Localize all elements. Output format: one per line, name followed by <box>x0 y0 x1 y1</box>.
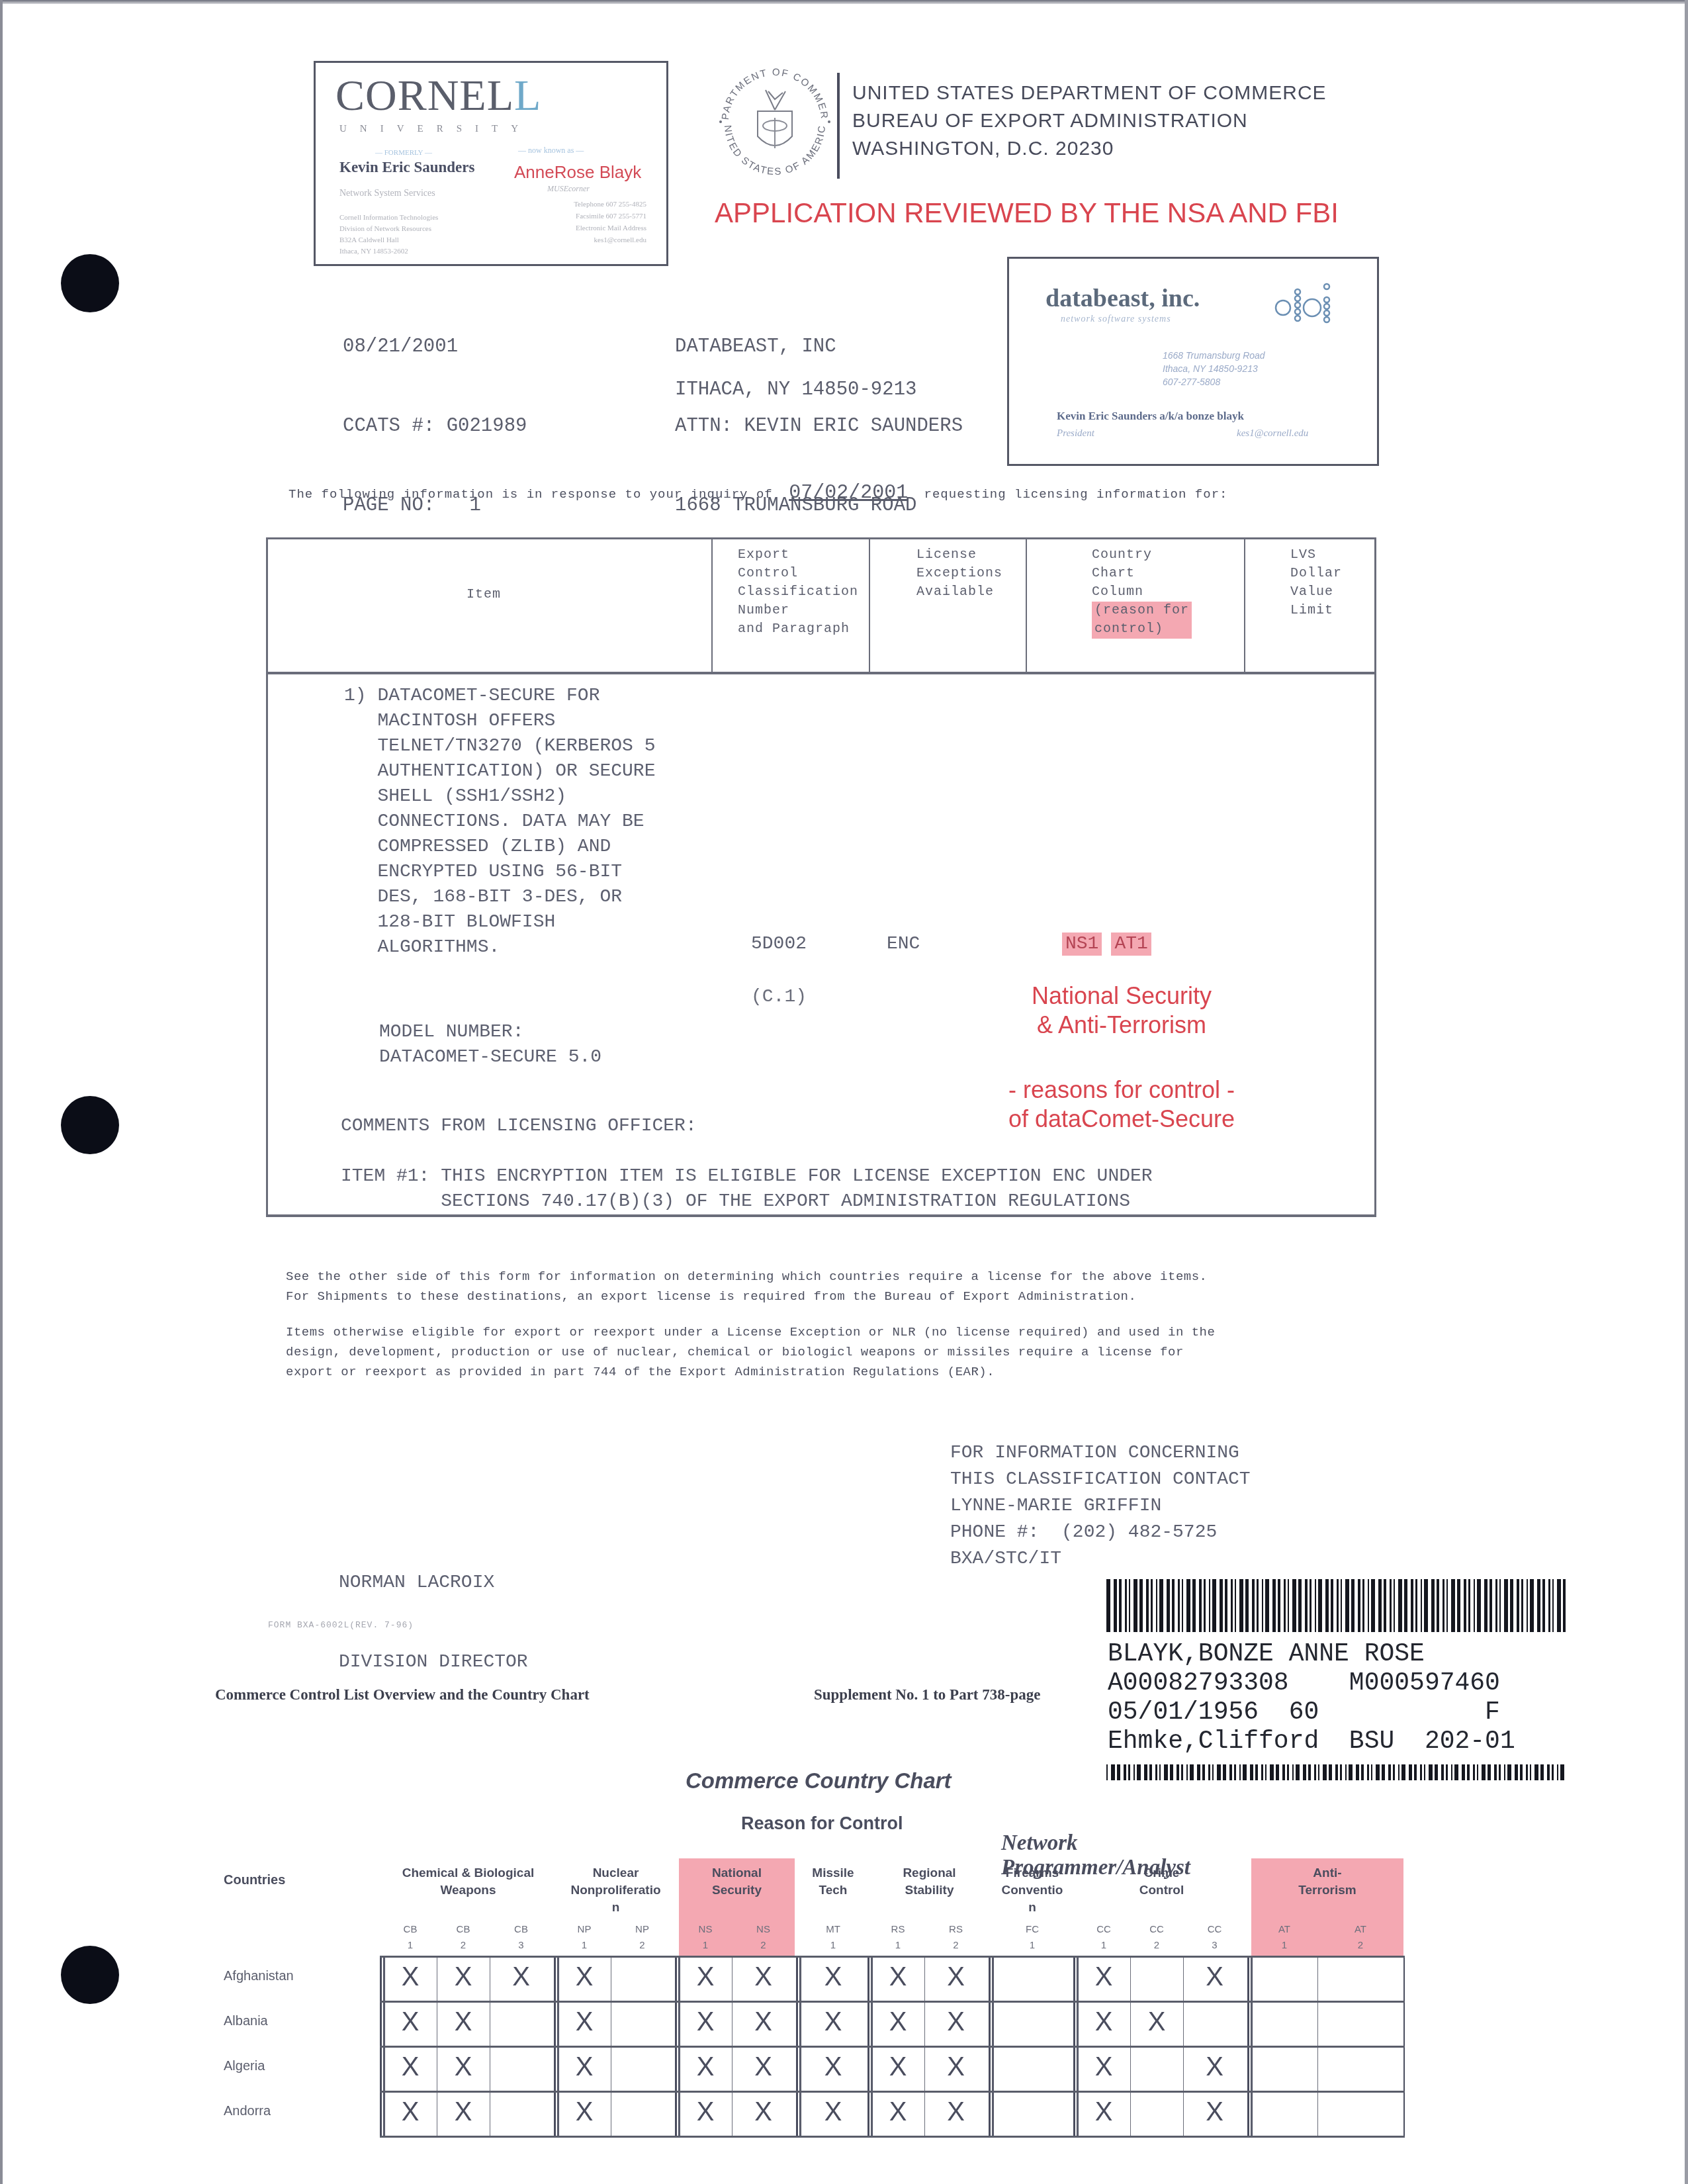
control-mark: X <box>800 2097 866 2127</box>
control-mark: X <box>1077 2007 1130 2037</box>
country-chart-grid: Chemical & Biological WeaponsCB 1CB 2CB … <box>0 0 1688 2184</box>
reason-column-header: NS 2 <box>732 1922 795 1954</box>
control-mark: X <box>558 2097 611 2127</box>
control-mark: X <box>490 1962 553 1992</box>
control-mark: X <box>384 1962 437 1992</box>
reason-column-header: CC 2 <box>1130 1922 1183 1954</box>
control-mark: X <box>732 1962 795 1992</box>
control-mark: X <box>732 2052 795 2082</box>
control-mark: X <box>437 2007 490 2037</box>
reason-column-header: CB 1 <box>384 1922 437 1954</box>
control-mark: X <box>558 2007 611 2037</box>
control-mark: X <box>384 2052 437 2082</box>
control-mark: X <box>384 2097 437 2127</box>
control-mark: X <box>924 2097 987 2127</box>
control-mark: X <box>679 2052 732 2082</box>
control-mark: X <box>1077 2097 1130 2127</box>
reason-column-header: NS 1 <box>679 1922 732 1954</box>
reason-column-header: RS 1 <box>871 1922 924 1954</box>
control-mark: X <box>800 1962 866 1992</box>
control-mark: X <box>558 2052 611 2082</box>
reason-column-header: CB 3 <box>490 1922 553 1954</box>
control-mark: X <box>1183 2097 1246 2127</box>
reason-column-header: NP 2 <box>611 1922 674 1954</box>
control-mark: X <box>679 2007 732 2037</box>
control-mark: X <box>871 2052 924 2082</box>
control-mark: X <box>1183 2052 1246 2082</box>
control-mark: X <box>871 2097 924 2127</box>
control-mark: X <box>1130 2007 1183 2037</box>
control-mark: X <box>679 2097 732 2127</box>
control-mark: X <box>384 2007 437 2037</box>
reason-column-header: AT 1 <box>1251 1922 1317 1954</box>
control-mark: X <box>924 1962 987 1992</box>
control-mark: X <box>437 2097 490 2127</box>
control-mark: X <box>924 2052 987 2082</box>
country-name: Afghanistan <box>224 1969 294 1984</box>
control-mark: X <box>1077 2052 1130 2082</box>
reason-column-header: NP 1 <box>558 1922 611 1954</box>
reason-column-header: RS 2 <box>924 1922 987 1954</box>
country-name: Algeria <box>224 2059 265 2074</box>
control-mark: X <box>558 1962 611 1992</box>
control-mark: X <box>1183 1962 1246 1992</box>
control-mark: X <box>732 2097 795 2127</box>
control-mark: X <box>871 1962 924 1992</box>
reason-column-header: MT 1 <box>800 1922 866 1954</box>
control-mark: X <box>732 2007 795 2037</box>
reason-column-header: CC 1 <box>1077 1922 1130 1954</box>
control-mark: X <box>924 2007 987 2037</box>
country-name: Andorra <box>224 2104 271 2119</box>
country-name: Albania <box>224 2014 268 2029</box>
reason-column-header: CC 3 <box>1183 1922 1246 1954</box>
reason-column-header: FC 1 <box>993 1922 1072 1954</box>
control-mark: X <box>437 1962 490 1992</box>
control-mark: X <box>871 2007 924 2037</box>
control-mark: X <box>679 1962 732 1992</box>
control-mark: X <box>1077 1962 1130 1992</box>
reason-column-header: AT 2 <box>1317 1922 1403 1954</box>
control-mark: X <box>437 2052 490 2082</box>
control-mark: X <box>800 2007 866 2037</box>
reason-column-header: CB 2 <box>437 1922 490 1954</box>
control-mark: X <box>800 2052 866 2082</box>
